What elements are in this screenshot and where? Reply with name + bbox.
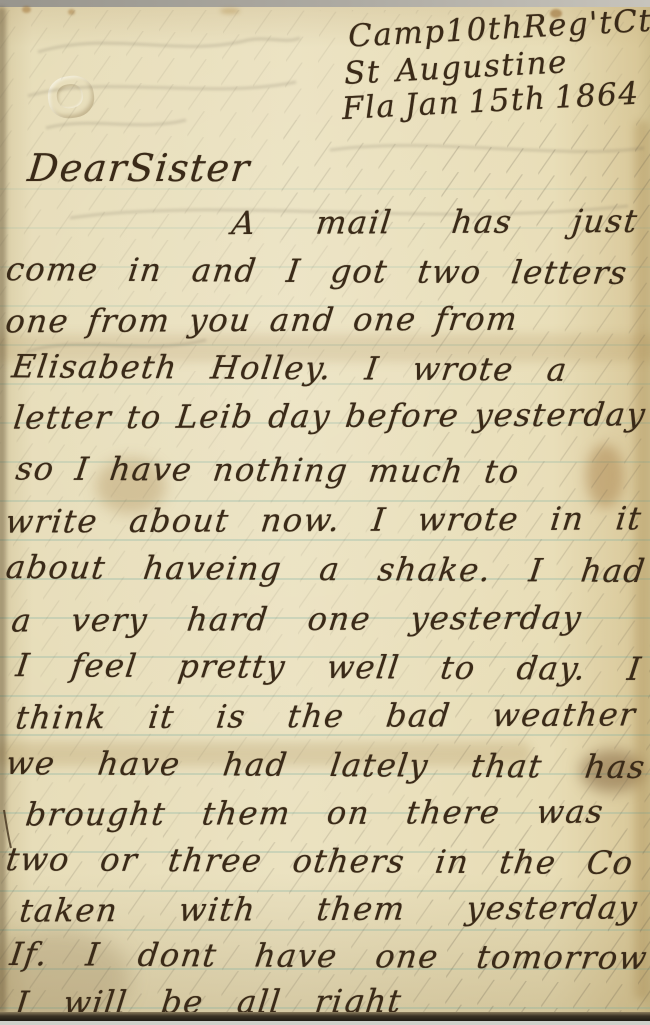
letter-line: If.Idonthaveonetomorrow — [8, 935, 650, 977]
letter-line: writeaboutnow.Iwroteinit — [4, 499, 645, 540]
letter-line: ElisabethHolley.Iwrotea — [10, 347, 570, 388]
scanner-background-bottom — [0, 1021, 650, 1025]
letter-line: twoorthreeothersintheCo — [4, 840, 636, 882]
letter-line: comeinandIgottwoletters — [4, 250, 630, 292]
letter-line: abouthaveingashake.Ihad — [4, 548, 648, 590]
letter-line: lettertoLeibdaybeforeyesterday — [12, 395, 649, 436]
letter-line: averyhardoneyesterday — [10, 599, 585, 640]
letter-line: soIhavenothingmuchto — [14, 449, 523, 490]
letter-line: onefromyouandonefrom — [4, 300, 521, 341]
salutation: DearSister — [26, 146, 237, 190]
letter-line: Amailhasjust — [230, 202, 641, 242]
letter-line: takenwiththemyesterday — [18, 888, 641, 929]
letter-line: Ifeelprettywelltoday.I — [14, 646, 644, 688]
letter-line: wehavehadlatelythathas — [4, 744, 648, 786]
letter-line: broughtthemontherewas — [24, 792, 607, 833]
letter-line: thinkitisthebadweather — [14, 695, 639, 736]
page-bottom-edge — [0, 1012, 650, 1021]
scanned-letter-page: { "page": { "kind": "handwritten-letter-… — [0, 0, 650, 1025]
header-camp-line: Camp10thReg'tCt — [347, 4, 638, 55]
